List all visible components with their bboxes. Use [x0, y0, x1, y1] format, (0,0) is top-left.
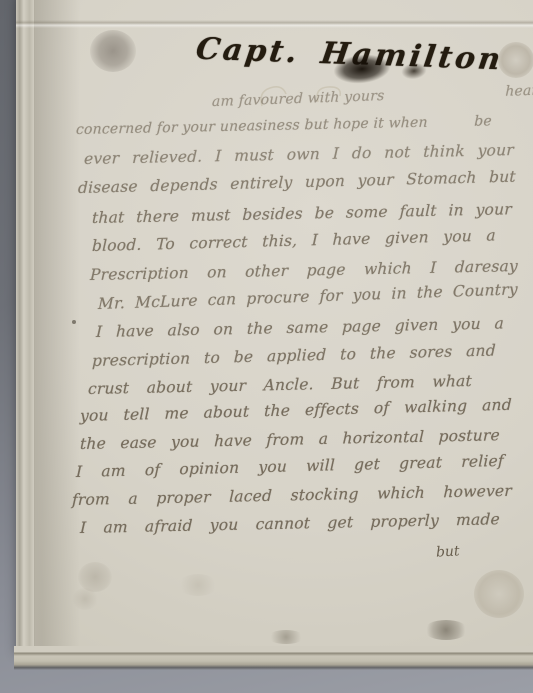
foxing-stain-bottom-middle	[178, 574, 218, 596]
manuscript-line: that there must besides be some fault in…	[92, 200, 512, 227]
photograph-background: Capt. Hamilton am favoured with yours he…	[0, 0, 533, 693]
binding-gutter-shadow	[34, 0, 80, 648]
foxing-stain-top-left	[90, 30, 136, 72]
manuscript-line: concerned for your uneasiness but hope i…	[76, 113, 492, 139]
foxing-stain-bottom-left-2	[72, 588, 98, 610]
manuscript-line: ever relieved. I must own I do not think…	[84, 141, 514, 169]
paper-crease	[16, 20, 533, 28]
manuscript-line: the ease you have from a horizontal post…	[80, 426, 500, 453]
foxing-stain-bottom-right	[474, 570, 524, 618]
ink-smudge-bottom-edge-2	[268, 630, 304, 644]
manuscript-line: Prescription on other page which I dares…	[90, 257, 518, 285]
manuscript-line: from a proper laced stocking which howev…	[72, 482, 512, 510]
ink-smudge-bottom-edge	[424, 620, 468, 640]
manuscript-line: Mr. McLure can procure for you in the Co…	[98, 280, 518, 313]
catchword: but	[436, 544, 460, 559]
manuscript-line: I am afraid you cannot get properly made	[80, 510, 500, 537]
manuscript-line: blood. To correct this, I have given you…	[92, 226, 496, 255]
manuscript-line: I am of opinion you will get great relie…	[76, 452, 504, 482]
page-stack-bottom	[14, 646, 533, 670]
manuscript-line: prescription to be applied to the sores …	[92, 341, 496, 370]
manuscript-line: disease depends entirely upon your Stoma…	[78, 168, 516, 198]
manuscript-line: crust about your Ancle. But from what	[88, 372, 473, 399]
manuscript-page: Capt. Hamilton am favoured with yours he…	[16, 0, 533, 648]
ink-speck	[72, 320, 76, 324]
manuscript-line: I have also on the same page given you a	[96, 314, 504, 341]
manuscript-line: you tell me about the effects of walking…	[80, 396, 512, 426]
